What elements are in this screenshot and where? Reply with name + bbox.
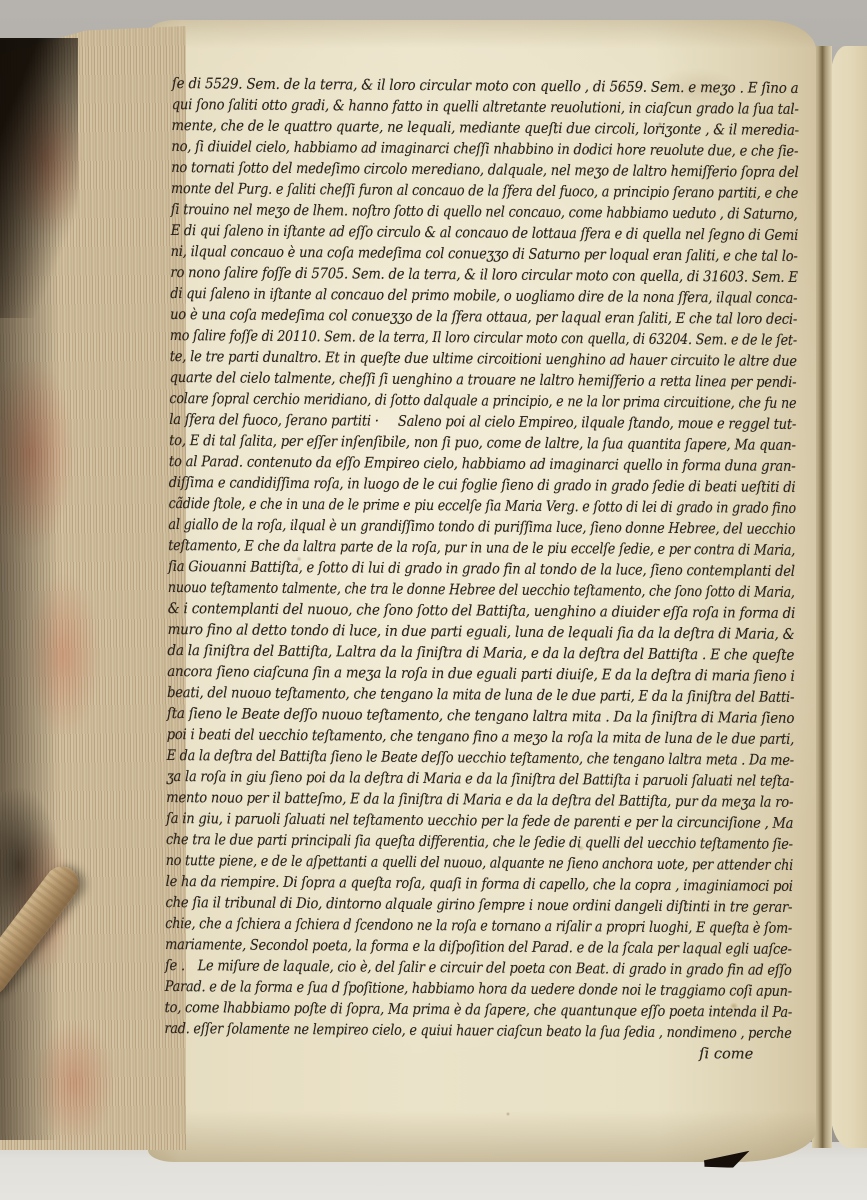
next-page-edge [830, 46, 867, 1148]
top-left-binding-shadow [0, 38, 78, 318]
text-block: ſe di 5529. Sem. de la terra, & il loro … [164, 73, 799, 1065]
book-photograph: ſe di 5529. Sem. de la terra, & il loro … [0, 0, 867, 1200]
text-lines: ſe di 5529. Sem. de la terra, & il loro … [164, 73, 799, 1044]
text-line: rad. eſſer ſolamente ne lempireo cielo, … [164, 1018, 709, 1043]
